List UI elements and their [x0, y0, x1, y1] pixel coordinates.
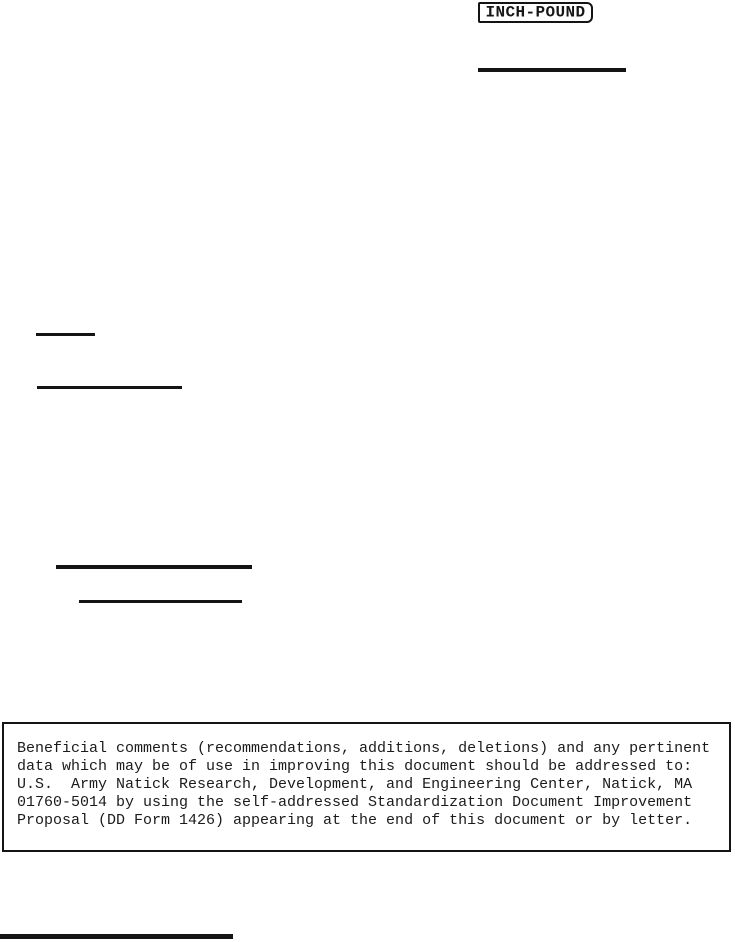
comment-line-5: Proposal (DD Form 1426) appearing at the… [17, 812, 723, 830]
underline-rule-4 [79, 600, 242, 603]
comment-box: Beneficial comments (recommendations, ad… [2, 722, 731, 852]
comment-line-1: Beneficial comments (recommendations, ad… [17, 740, 723, 758]
document-page: INCH-POUND Beneficial comments (recommen… [0, 0, 735, 942]
underline-rule-2 [37, 386, 182, 389]
inch-pound-stamp: INCH-POUND [478, 2, 593, 23]
footer-rule [0, 934, 233, 939]
comment-line-3: U.S. Army Natick Research, Development, … [17, 776, 723, 794]
underline-rule-3 [56, 565, 252, 569]
comment-line-4: 01760-5014 by using the self-addressed S… [17, 794, 723, 812]
underline-rule-1 [36, 333, 95, 336]
inch-pound-stamp-label: INCH-POUND [485, 3, 585, 21]
header-rule [478, 68, 626, 72]
comment-line-2: data which may be of use in improving th… [17, 758, 723, 776]
